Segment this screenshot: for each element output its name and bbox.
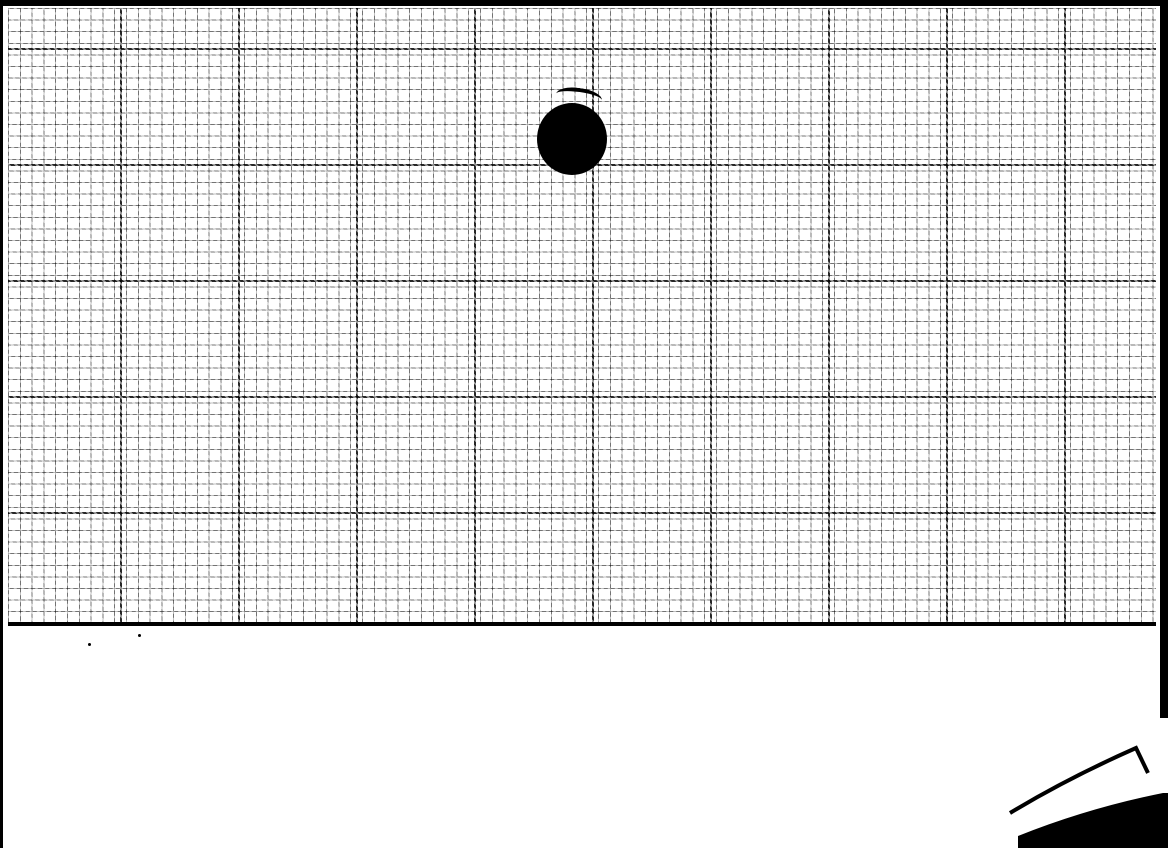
- speck: [88, 643, 91, 646]
- graph-paper-sheet: [0, 0, 1168, 848]
- speck: [138, 634, 141, 637]
- curled-corner: [988, 718, 1168, 848]
- scan-top-edge: [0, 0, 1168, 6]
- grid-bottom-border: [8, 622, 1156, 626]
- punched-hole: [537, 103, 607, 175]
- scan-left-edge: [0, 0, 3, 848]
- scan-right-edge: [1160, 0, 1168, 720]
